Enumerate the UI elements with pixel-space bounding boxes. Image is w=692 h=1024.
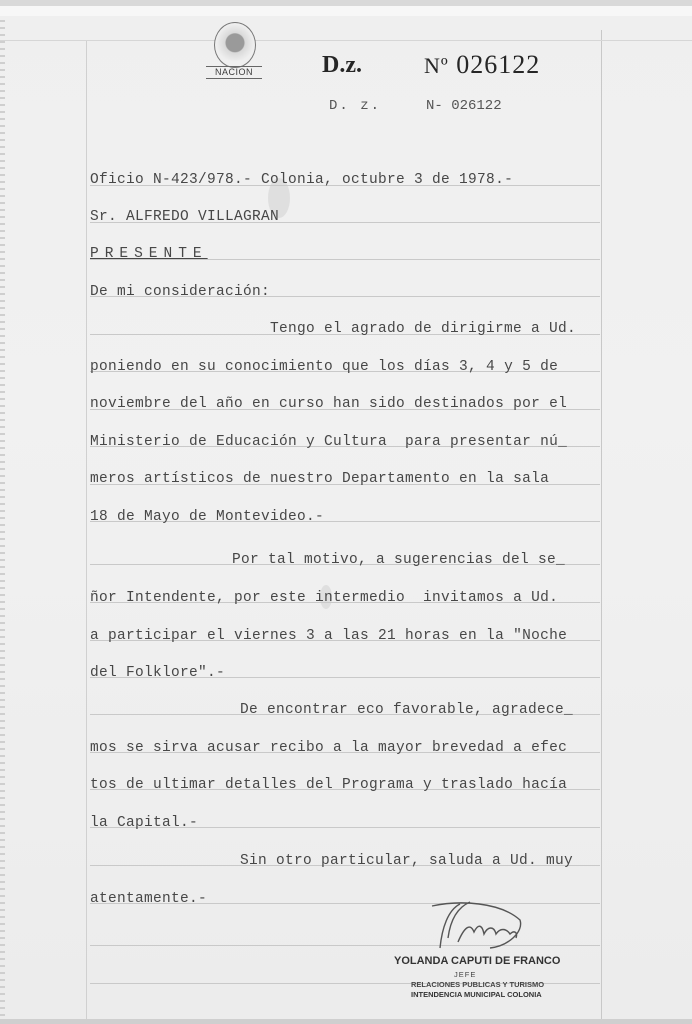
- signatory-department: RELACIONES PUBLICAS Y TURISMO: [411, 980, 544, 989]
- signatory-name: YOLANDA CAPUTI DE FRANCO: [394, 955, 560, 967]
- body-line: Ministerio de Educación y Cultura para p…: [90, 434, 567, 450]
- body-line: poniendo en su conocimiento que los días…: [90, 359, 558, 375]
- perforated-edge: [0, 20, 5, 1020]
- handwritten-signature-icon: [420, 898, 530, 958]
- body-line: Tengo el agrado de dirigirme a Ud.: [270, 321, 576, 337]
- body-line: Por tal motivo, a sugerencias del se_: [232, 552, 565, 568]
- addressee: Sr. ALFREDO VILLAGRAN: [90, 209, 279, 225]
- number-value: 026122: [456, 50, 540, 79]
- body-line: ñor Intendente, por este intermedio invi…: [90, 590, 558, 606]
- body-line: mos se sirva acusar recibo a la mayor br…: [90, 740, 567, 756]
- ruled-line: [0, 40, 692, 41]
- seal-oval: [214, 22, 256, 68]
- body-line: a participar el viernes 3 a las 21 horas…: [90, 628, 567, 644]
- right-margin-line: [601, 30, 602, 1020]
- salutation: De mi consideración:: [90, 284, 270, 300]
- body-line: del Folklore".-: [90, 665, 225, 681]
- document-number-typed: N- 026122: [426, 98, 502, 114]
- series-code-typed: D. z.: [329, 98, 381, 114]
- scanned-letter-page: NACION D.z. Nº 026122 D. z. N- 026122 Of…: [0, 0, 692, 1024]
- emblem-label: NACION: [206, 66, 262, 79]
- document-number-printed: Nº 026122: [424, 50, 540, 80]
- national-seal-emblem-icon: NACION: [206, 22, 262, 82]
- left-margin-line: [86, 40, 87, 1020]
- body-line: noviembre del año en curso han sido dest…: [90, 396, 567, 412]
- body-line: 18 de Mayo de Montevideo.-: [90, 509, 324, 525]
- body-line: meros artísticos de nuestro Departamento…: [90, 471, 549, 487]
- number-prefix: Nº: [424, 53, 449, 78]
- body-line: la Capital.-: [90, 815, 198, 831]
- series-code-printed: D.z.: [322, 52, 362, 79]
- signatory-title: JEFE: [454, 970, 476, 979]
- paper-top-highlight: [0, 6, 692, 16]
- body-line: Sin otro particular, saluda a Ud. muy: [240, 853, 573, 869]
- reference-line: Oficio N-423/978.- Colonia, octubre 3 de…: [90, 172, 513, 188]
- body-line: tos de ultimar detalles del Programa y t…: [90, 777, 567, 793]
- signatory-organization: INTENDENCIA MUNICIPAL COLONIA: [411, 990, 542, 999]
- body-line: De encontrar eco favorable, agradece_: [240, 702, 573, 718]
- presente-heading: PRESENTE: [90, 246, 208, 262]
- paper-bottom-edge: [0, 1019, 692, 1024]
- body-line: atentamente.-: [90, 891, 207, 907]
